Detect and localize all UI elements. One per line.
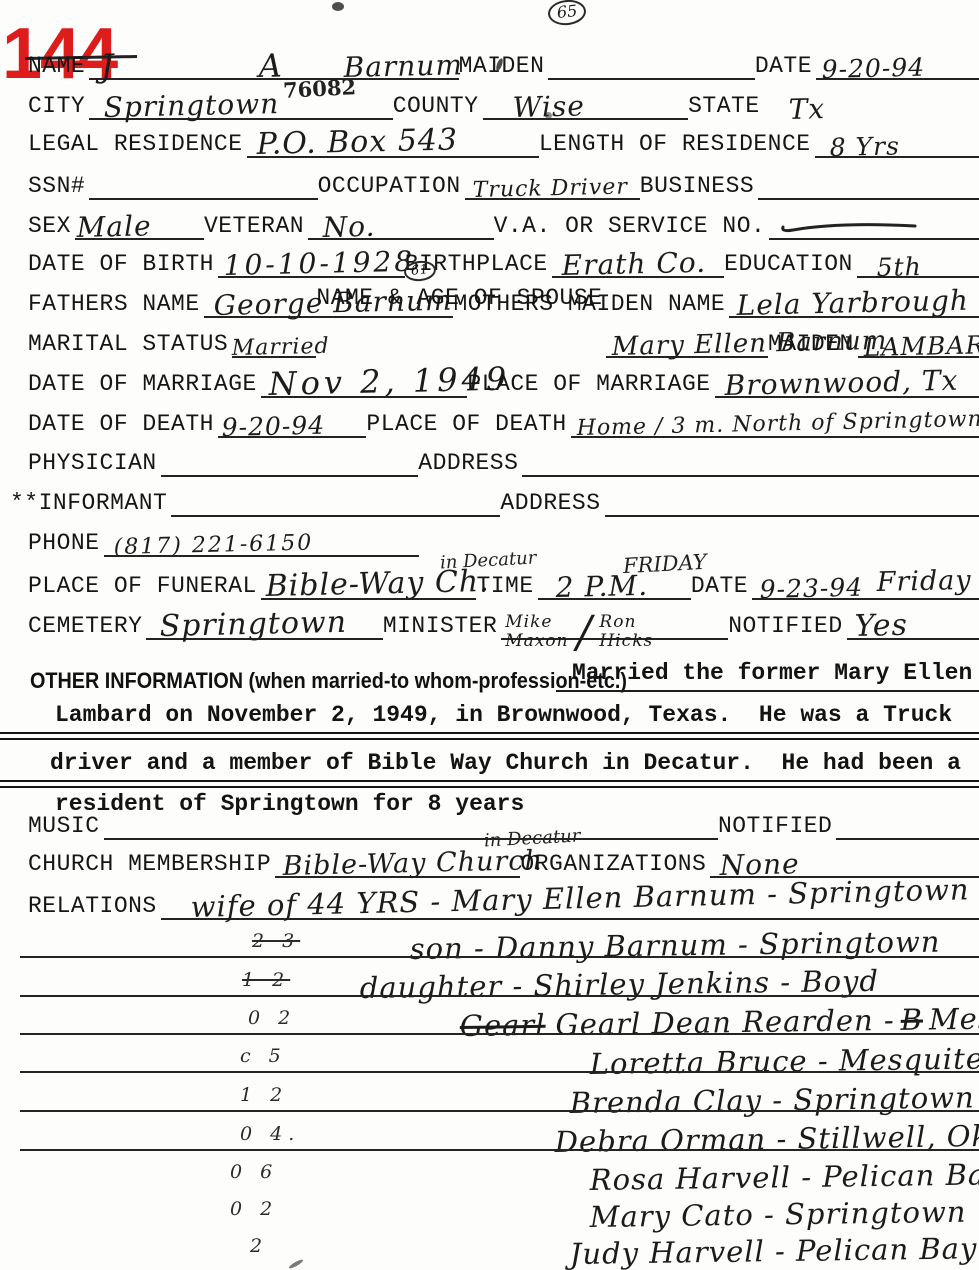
funeral-date-note: Friday <box>876 567 972 596</box>
relation-margin-note: 0 6 <box>230 1161 278 1183</box>
date-of-death-value: 9-20-94 <box>221 413 325 440</box>
circled-number-note: 65 <box>548 0 586 25</box>
place-of-death-label: PLACE OF DEATH <box>366 413 570 438</box>
cemetery-label: CEMETERY <box>28 615 146 640</box>
sex-label: SEX <box>28 215 75 240</box>
date-of-birth-field: 10-10-1928 <box>218 270 405 278</box>
funeral-date-field: 9-23-94 Friday <box>752 592 979 600</box>
date-of-birth-label: DATE OF BIRTH <box>28 253 218 278</box>
field-row-funeral: PLACE OF FUNERAL Bible-Way Ch. in Decatu… <box>28 560 979 600</box>
county-label: COUNTY <box>393 95 483 120</box>
phone-label: PHONE <box>28 532 104 557</box>
relation-margin-note: 2 3 <box>252 930 300 952</box>
field-row-marriage: DATE OF MARRIAGE Nov 2, 1949 PLACE OF MA… <box>28 358 979 398</box>
name-last-value: Barnum <box>344 51 464 82</box>
cemetery-value: Springtown <box>160 608 348 642</box>
relation-row-debra: 0 4. Debra Orman - Stillwell, Ok <box>20 1111 979 1151</box>
name-field: J A Barnum <box>89 72 458 80</box>
state-label: STATE <box>688 95 764 120</box>
church-membership-note: in Decatur <box>484 827 581 850</box>
relation-row-son: 2 3 son - Danny Barnum - Springtown <box>20 918 979 958</box>
music-notified-label: NOTIFIED <box>718 815 836 840</box>
city-label: CITY <box>28 95 89 120</box>
legal-residence-value: P.O. Box 543 <box>256 125 458 160</box>
relation-margin-note: 1 2 <box>240 1084 288 1106</box>
physician-address-label: ADDRESS <box>418 452 522 477</box>
relation-margin-note: c 5 <box>240 1045 287 1067</box>
minister2-last: Hicks <box>599 632 653 652</box>
field-row-legal-residence: LEGAL RESIDENCE P.O. Box 543 LENGTH OF R… <box>28 118 979 158</box>
spouse-maiden-label: MAIDEN <box>768 333 858 358</box>
business-label: BUSINESS <box>640 175 758 200</box>
physician-label: PHYSICIAN <box>28 452 161 477</box>
mothers-maiden-name-field: Lela Yarbrough <box>729 310 979 318</box>
date-of-marriage-label: DATE OF MARRIAGE <box>28 373 261 398</box>
relation-row-gearl: 0 2 GearlGearl Dean Rearden -BMesquite <box>20 995 979 1035</box>
cemetery-notified-label: NOTIFIED <box>728 615 846 640</box>
veteran-label: VETERAN <box>204 215 308 240</box>
service-no-dash-mark <box>779 218 919 236</box>
ssn-field <box>89 192 317 200</box>
legal-residence-field: P.O. Box 543 <box>247 150 539 158</box>
funeral-time-label: TIME <box>476 575 537 600</box>
other-information-line1: Married the former Mary Ellen <box>572 662 972 685</box>
fathers-name-label: FATHERS NAME <box>28 293 204 318</box>
education-value: 5th <box>876 254 922 280</box>
other-information-line3: driver and a member of Bible Way Church … <box>50 752 961 775</box>
relation-margin-note: 0 4. <box>240 1123 300 1145</box>
date-of-death-label: DATE OF DEATH <box>28 413 218 438</box>
other-information-underline1 <box>556 690 979 692</box>
funeral-date-label: DATE <box>691 575 752 600</box>
date-label: DATE <box>755 55 816 80</box>
education-field: 5th <box>857 270 979 278</box>
relations-label: RELATIONS <box>28 895 161 920</box>
spouse-label: NAME & AGE OF SPOUSE 61 <box>316 287 606 358</box>
field-row-ssn: SSN# OCCUPATION Truck Driver BUSINESS <box>28 160 979 200</box>
name-middle-value: A <box>258 49 283 82</box>
informant-address-label: ADDRESS <box>500 492 604 517</box>
field-row-physician: PHYSICIAN ADDRESS <box>28 437 979 477</box>
minister-label: MINISTER <box>383 615 501 640</box>
birthplace-field: Erath Co. <box>552 270 724 278</box>
business-field <box>758 192 979 200</box>
place-of-funeral-field: Bible-Way Ch. in Decatur <box>261 592 477 600</box>
physician-address-field <box>522 469 979 477</box>
maiden-label: MAIDEN <box>459 55 549 80</box>
ruled-line <box>20 1149 979 1151</box>
funeral-date-value: 9-23-94 <box>759 575 863 602</box>
other-information-line2: Lambard on November 2, 1949, in Brownwoo… <box>55 704 952 727</box>
relation-row-daughter: 1 2 daughter - Shirley Jenkins - Boyd <box>20 957 979 997</box>
physician-field <box>161 469 419 477</box>
place-of-marriage-field: Brownwood, Tx <box>715 390 979 398</box>
length-of-residence-value: 8 Yrs <box>829 133 900 160</box>
minister-second-name-stack: Ron Hicks <box>599 613 653 652</box>
field-row-cemetery: CEMETERY Springtown MINISTER Mike Maxon … <box>28 600 979 640</box>
relation-margin-note: 1 2 <box>242 969 290 991</box>
scanned-funeral-record-page: 144 65 NAME J A Barnum MAIDEN DATE 9-20-… <box>0 0 979 1270</box>
cemetery-notified-field: Yes <box>847 632 979 640</box>
funeral-time-field: 2 P.M. FRIDAY <box>538 592 691 600</box>
date-of-birth-value: 10-10-1928 <box>223 248 415 280</box>
cemetery-field: Springtown <box>146 632 382 640</box>
legal-residence-label: LEGAL RESIDENCE <box>28 133 247 158</box>
circled-number-value: 65 <box>547 0 588 27</box>
mothers-maiden-name-value: Lela Yarbrough <box>737 287 970 320</box>
marital-status-label: MARITAL STATUS <box>28 333 232 358</box>
education-label: EDUCATION <box>724 253 857 278</box>
marital-status-field: Married <box>232 350 316 358</box>
minister1-last: Maxon <box>505 632 568 652</box>
birthplace-value: Erath Co. <box>561 249 706 280</box>
place-of-death-value: Home / 3 m. North of Springtown Hwy 51 o… <box>576 405 979 440</box>
church-membership-label: CHURCH MEMBERSHIP <box>28 853 275 878</box>
place-of-marriage-value: Brownwood, Tx <box>724 367 958 400</box>
field-row-sex: SEX Male VETERAN No. V.A. OR SERVICE NO. <box>28 200 979 240</box>
field-row-relations: RELATIONS wife of 44 YRS - Mary Ellen Ba… <box>28 880 979 920</box>
length-of-residence-label: LENGTH OF RESIDENCE <box>539 133 815 158</box>
occupation-field: Truck Driver <box>465 192 640 200</box>
place-of-funeral-note: in Decatur <box>440 549 537 572</box>
church-membership-value: Bible-Way Church <box>283 847 544 880</box>
field-row-church: CHURCH MEMBERSHIP Bible-Way Church in De… <box>28 838 979 878</box>
field-row-name: NAME J A Barnum MAIDEN DATE 9-20-94 <box>28 40 979 80</box>
date-field: 9-20-94 <box>816 72 979 80</box>
other-information-underline2 <box>0 732 979 740</box>
relation-margin-note: 2 <box>250 1235 268 1257</box>
scan-smudge <box>332 2 344 11</box>
phone-value: (817) 221-6150 <box>113 532 313 559</box>
relation-place: Mesquite <box>929 1000 979 1036</box>
relation-row-rosa: 0 6 Rosa Harvell - Pelican Bay <box>20 1152 979 1189</box>
informant-label: **INFORMANT <box>10 492 171 517</box>
relation-row-loretta: c 5 Loretta Bruce - Mesquite <box>20 1033 979 1073</box>
date-value: 9-20-94 <box>821 55 925 82</box>
spouse-field: Mary Ellen Barnum <box>606 350 768 358</box>
organizations-label: ORGANIZATIONS <box>520 853 710 878</box>
service-no-label: V.A. OR SERVICE NO. <box>494 215 770 240</box>
relation-wife-value: wife of 44 YRS - Mary Ellen Barnum - Spr… <box>190 875 969 922</box>
other-information-label: OTHER INFORMATION (when married-to whom-… <box>30 668 627 694</box>
zip-code-value: 76082 <box>283 76 357 101</box>
relation-row-mary: 0 2 Mary Cato - Springtown <box>20 1189 979 1226</box>
informant-address-field <box>605 509 979 517</box>
phone-field: (817) 221-6150 <box>104 549 420 557</box>
field-row-informant: **INFORMANT ADDRESS <box>10 477 979 517</box>
date-of-marriage-field: Nov 2, 1949 <box>261 390 468 398</box>
minister1-first: Mike <box>505 613 568 633</box>
relation-text: Judy Harvell - Pelican Bay <box>570 1234 978 1269</box>
place-of-marriage-label: PLACE OF MARRIAGE <box>467 373 714 398</box>
field-row-marital: MARITAL STATUS Married NAME & AGE OF SPO… <box>28 318 979 358</box>
field-row-death: DATE OF DEATH 9-20-94 PLACE OF DEATH Hom… <box>28 398 979 438</box>
field-row-birth: DATE OF BIRTH 10-10-1928 BIRTHPLACE Erat… <box>28 238 979 278</box>
informant-field <box>171 509 500 517</box>
struck-out-mark: B <box>900 1003 923 1037</box>
music-label: MUSIC <box>28 815 104 840</box>
cemetery-notified-value: Yes <box>854 611 908 642</box>
church-membership-field: Bible-Way Church in Decatur <box>275 870 520 878</box>
name-first-value: J <box>100 50 115 82</box>
ssn-label: SSN# <box>28 175 89 200</box>
maiden-field <box>548 72 754 80</box>
occupation-label: OCCUPATION <box>318 175 465 200</box>
name-label: NAME <box>28 55 89 80</box>
spouse-maiden-value: LAMBARD <box>863 332 979 360</box>
minister-names: Mike Maxon / Ron Hicks <box>505 613 653 652</box>
minister-separator: / <box>577 615 592 650</box>
place-of-funeral-label: PLACE OF FUNERAL <box>28 575 261 600</box>
spouse-maiden-field: LAMBARD <box>858 350 979 358</box>
length-of-residence-field: 8 Yrs <box>815 150 979 158</box>
relation-margin-note: 0 2 <box>248 1007 296 1029</box>
occupation-value: Truck Driver <box>472 176 628 202</box>
other-information-underline3 <box>0 780 979 788</box>
minister-first-name-stack: Mike Maxon <box>505 613 568 652</box>
relation-row-judy: 2 Judy Harvell - Pelican Bay <box>20 1226 979 1263</box>
relation-row-brenda: 1 2 Brenda Clay - Springtown <box>20 1072 979 1112</box>
marital-status-value: Married <box>232 336 330 360</box>
relation-margin-note: 0 2 <box>230 1198 278 1220</box>
minister2-first: Ron <box>599 613 653 633</box>
field-row-city: CITY Springtown 76082 COUNTY Wise STATE … <box>28 80 979 120</box>
minister-field: Mike Maxon / Ron Hicks <box>501 632 728 640</box>
